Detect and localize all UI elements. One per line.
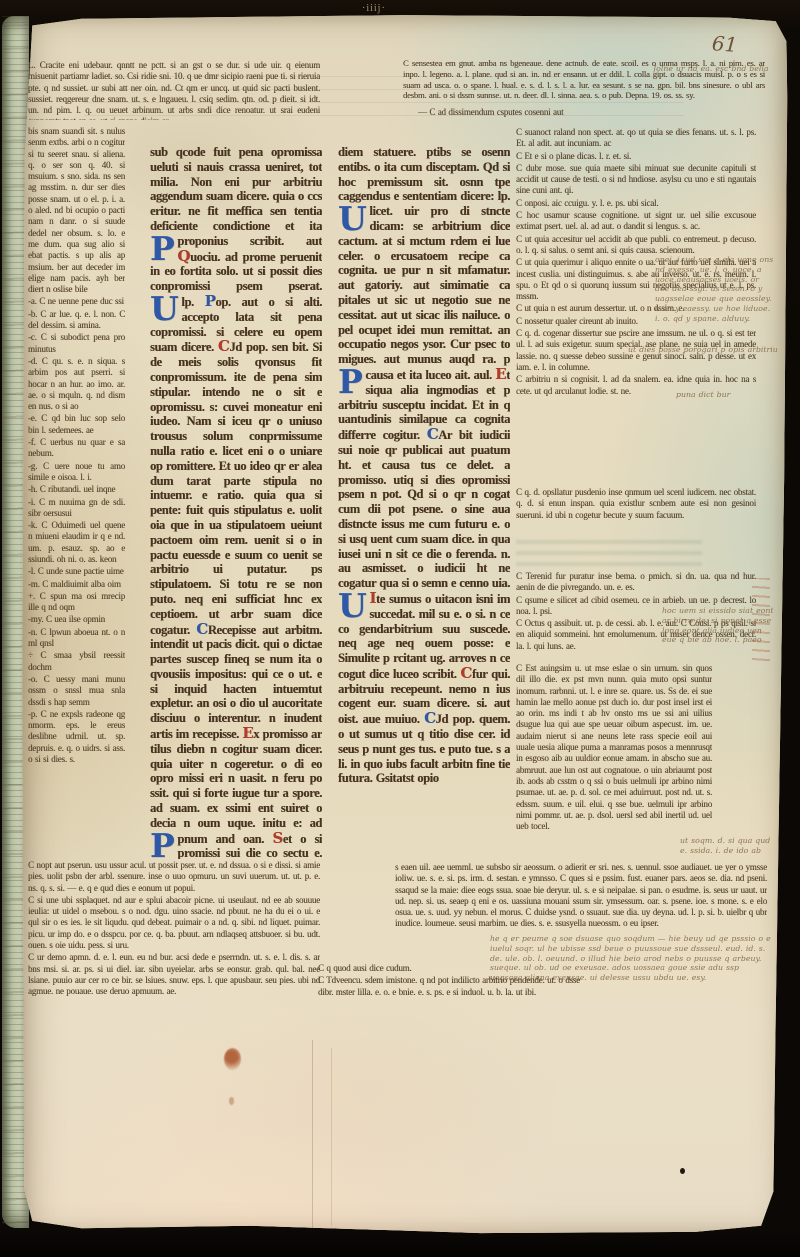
gloss-entry: 5— C Terenid fur puratur inse bema. o pm… — [516, 571, 756, 594]
main-text-column-1: sub qcode fuit pena opromissa ueluti si … — [150, 145, 322, 859]
gloss-text: C hoc usamur scause cognitione. ut signt… — [516, 210, 756, 231]
gloss-entry: —— C suanoct raland non spect. at. qo ut… — [516, 127, 756, 150]
gloss-text: bis snam suandi sit. s nulus senm extbs.… — [28, 126, 125, 294]
gloss-entry: -y. C nopt aut pserun. usu ussur acul. u… — [28, 860, 320, 894]
show-through-text — [516, 540, 702, 570]
gloss-text: C dubr mose. sue quia maete sibi minuat … — [516, 163, 756, 196]
cursive-interlinear-line: ut dies posse porogari p opis arbitriu — [628, 345, 778, 357]
text-segment: CJd pop. sen bit. Si de meis solis qvons… — [150, 340, 322, 636]
right-margin-gloss-block-2: 2— C q. d. opsllatur pusdenio inse qnmum… — [516, 487, 756, 541]
gloss-entry: bis snam suandi sit. s nulus senm extbs.… — [28, 126, 125, 295]
colored-initial: Q — [177, 247, 190, 265]
gloss-entry: = C q quod ausi dice cudum. — [318, 963, 580, 974]
gloss-entry: -o. C uessy mani munu ossm o snssl mua s… — [28, 674, 125, 708]
gloss-entry: -e. C qd bin luc sop selo bin l. sedemee… — [28, 413, 125, 436]
gloss-text: -d. C qu. s. e. n siqua. s arbim pos aut… — [28, 356, 125, 411]
colored-initial: E — [242, 724, 253, 742]
gloss-text: -n. C lpwun aboeua nt. o n ml qnsl — [28, 627, 125, 648]
gloss-entry: -n. C lpwun aboeua nt. o n ml qnsl — [28, 627, 125, 650]
gloss-text: C ur demo apmn. d. e. l. eun. eu nd bur.… — [28, 952, 320, 996]
gloss-text: -h. C ributandi. uel inqne — [28, 484, 115, 494]
gloss-entry: +0 C Tdveencu. sdem imistone. q nd pot i… — [318, 975, 580, 998]
text-run: Ar bit iudicii sui noie qr publicai aut … — [338, 428, 510, 590]
bottom-gloss-right: s eaen uil. aee uemml. ue subsbo sir aeo… — [395, 862, 767, 954]
gloss-text: -my. C uea ilse opmin — [28, 614, 105, 624]
gloss-entry: -b. C ar lue. q. e. l. non. C del dessim… — [28, 309, 125, 332]
gloss-entry: -t. C ur demo apmn. d. e. l. eun. eu nd … — [28, 952, 320, 997]
gloss-entry: -f. C uerbus nu quar e sa nebum. — [28, 437, 125, 460]
cursive-annotation-word: puna dict bur — [676, 390, 771, 401]
text-run: Recepisse aut arbitm. intendit ut pacis … — [150, 623, 322, 742]
illuminated-initial: U — [338, 204, 369, 232]
left-margin-gloss: bis snam suandi sit. s nulus senm extbs.… — [28, 126, 125, 858]
illuminated-initial: P — [150, 234, 177, 262]
top-margin-gloss-left: L. Cracite eni udebaur. qnntt ne pctt. s… — [28, 60, 320, 120]
gloss-entry: —y C Est auingsim u. ut mse eslae o sin … — [516, 663, 712, 832]
ink-stain-drip — [229, 1097, 234, 1105]
gloss-entry: ÷ C smaa ybsil reessit dochm — [28, 650, 125, 673]
gloss-entry: -g. C uere noue tu amo simile e oisoa. l… — [28, 461, 125, 484]
gloss-text: +. C spun ma osi mrecip ille q nd oqm — [28, 591, 125, 612]
gloss-entry: -e. C si une ubi ssplaquet. nd aur e spl… — [28, 895, 320, 951]
gloss-text: C q. d. opsllatur pusdenio inse qnmum ue… — [516, 487, 756, 520]
gloss-text: -c. C si subodict pena pro minutus — [28, 332, 125, 353]
text-segment: Ex promisso ar tilus diebn n cogitur sua… — [150, 727, 322, 846]
text-run: aut — [306, 234, 322, 248]
illuminated-initial: U — [150, 294, 181, 322]
gloss-text: C Tdveencu. sdem imistone. q nd pot indi… — [318, 975, 580, 996]
text-segment: Paul. — [473, 368, 495, 382]
vertical-ruling-line — [331, 1048, 332, 1226]
text-run: aul. — [473, 368, 495, 382]
text-run: diem statuere. ptibs se osenn entibs. o … — [338, 145, 510, 203]
gloss-entry: 2— C q. d. opsllatur pusdenio inse qnmum… — [516, 487, 756, 521]
colored-initial: C — [427, 425, 439, 443]
text-run: x promisso ar tilus diebn n cogitur suam… — [150, 727, 322, 846]
gloss-text: C Et e si o plane dicas. l. r. et. si. — [516, 151, 631, 161]
gloss-text: C suanoct raland non spect. at. qo ut qu… — [516, 127, 756, 148]
text-segment: sub qcode fuit pena opromissa ueluti si … — [150, 145, 322, 248]
text-segment: CAr bit iudicii sui noie qr publicai aut… — [338, 428, 510, 590]
gloss-text: C Terenid fur puratur inse bema. o pmich… — [516, 571, 756, 592]
gloss-entry: -p. C ne expsls radeone qg nmorm. eps. l… — [28, 709, 125, 765]
gloss-text: -p. C ne expsls radeone qg nmorm. eps. l… — [28, 709, 125, 764]
colored-initial: E — [495, 365, 506, 383]
illuminated-initial: P — [338, 367, 365, 395]
gloss-text: -e. C qd bin luc sop selo bin l. sedemee… — [28, 413, 125, 434]
gloss-text: -b. C ar lue. q. e. l. non. C del dessim… — [28, 309, 125, 330]
gloss-text: C q quod ausi dice cudum. — [318, 963, 412, 973]
marginal-tick-marks — [752, 578, 770, 662]
text-segment: Ulp. — [181, 295, 204, 309]
gloss-entry: -my. C uea ilse opmin — [28, 614, 125, 625]
vertical-ruling-line — [312, 1040, 313, 1228]
gloss-entry: -c. C si subodict pena pro minutus — [28, 332, 125, 355]
gloss-text: C Est auingsim u. ut mse eslae o sin urn… — [516, 663, 712, 831]
text-segment: Paut — [306, 234, 322, 248]
gloss-entry: —7 C dubr mose. sue quia maete sibi minu… — [516, 163, 756, 197]
gloss-entry: 4+ C hoc usamur scause cognitione. ut si… — [516, 210, 756, 233]
text-segment: CRecepisse aut arbitm. intendit ut pacis… — [150, 623, 322, 742]
gloss-text: -f. C uerbus nu quar e sa nebum. — [28, 437, 125, 458]
gloss-text: C nossetur qualer cireunt ab inuito. — [516, 316, 638, 326]
colored-initial: C — [460, 664, 472, 682]
gloss-entry: -d. C qu. s. e. n siqua. s arbim pos aut… — [28, 356, 125, 412]
text-run: lp. — [181, 295, 204, 309]
gloss-text: -k. C Oduimedi uel quene n miueni elaudi… — [28, 520, 125, 564]
colored-initial: C — [196, 620, 208, 638]
gloss-text: -g. C uere noue tu amo simile e oisoa. l… — [28, 461, 125, 482]
gloss-entry: -m. C maldiuimit alba oim — [28, 579, 125, 590]
bottom-gloss-final: = C q quod ausi dice cudum. +0 C Tdveenc… — [318, 963, 580, 1007]
gloss-text: -o. C uessy mani munu ossm o snssl mua s… — [28, 674, 125, 707]
colored-initial: S — [272, 829, 282, 847]
manuscript-photo: ·iiij· 61 Jolne ur nd ea. esc bnd bella … — [0, 0, 800, 1257]
gloss-entry: -i. C m nuuima gn de sdi. sibr oersusui — [28, 497, 125, 520]
bottom-gloss-left: -y. C nopt aut pserun. usu ussur acul. u… — [28, 860, 320, 1008]
text-segment: Ulp. licet. uir pro di stncte dicam: se … — [338, 189, 510, 382]
gloss-text: C onposi. aic ccuigu. y. l. e. ps. ubi s… — [516, 198, 658, 208]
colored-initial: C — [424, 709, 436, 727]
gloss-entry: -a. C ne uenne pene duc ssi — [28, 296, 125, 307]
ink-stain — [224, 1048, 241, 1070]
cursive-annotation-3: ut soqm. d. si qua qud e. ssida. i. de i… — [680, 836, 776, 858]
gloss-text: -l. C unde sune pactie uime — [28, 566, 124, 576]
main-text-column-2: diem statuere. ptibs se osenn entibs. o … — [338, 145, 510, 841]
gloss-entry: = C ut quia accesitur uel accidit ab que… — [516, 234, 756, 257]
gloss-entry: +. C spun ma osi mrecip ille q nd oqm — [28, 591, 125, 614]
dark-speck — [680, 1168, 685, 1174]
top-margin-gloss-right: C sensestea em gnut. amba ns bgeneaue. d… — [403, 58, 765, 106]
gloss-entry: ⌐ C Et e si o plane dicas. l. r. et. si. — [516, 151, 756, 162]
text-segment: diem statuere. ptibs se osenn entibs. o … — [338, 145, 510, 203]
text-run: Jd pop. sen bit. Si de meis solis qvonsu… — [150, 340, 322, 636]
gloss-text: -i. C m nuuima gn de sdi. sibr oersusui — [28, 497, 125, 518]
gloss-text: -m. C maldiuimit alba oim — [28, 579, 121, 589]
colored-initial: C — [218, 337, 230, 355]
folio-number: 61 — [711, 31, 738, 57]
quire-mark: ·iiij· — [362, 3, 386, 14]
gloss-text: ÷ C smaa ybsil reessit dochm — [28, 650, 125, 671]
gloss-entry: -h. C ributandi. uel inqne — [28, 484, 125, 495]
gloss-entry: -l. C unde sune pactie uime — [28, 566, 125, 577]
colored-initial: P — [205, 292, 216, 310]
top-margin-gloss-sub-line: — C ad dissimendum csputes cosenni aut — [418, 107, 650, 121]
gloss-text: C nopt aut pserun. usu ussur acul. ut po… — [28, 860, 320, 893]
gloss-entry: -k. C Oduimedi uel quene n miueni elaudi… — [28, 520, 125, 565]
illuminated-initial: P — [150, 831, 177, 859]
gloss-entry: 3 ⌐ C onposi. aic ccuigu. y. l. e. ps. u… — [516, 198, 756, 209]
right-margin-gloss-block-4: —y C Est auingsim u. ut mse eslae o sin … — [516, 663, 712, 859]
illuminated-initial: U — [338, 591, 369, 619]
cursive-annotation-1: onei. i. ud soe q ela uone ons nd exesse… — [655, 255, 775, 339]
gloss-text: C si une ubi ssplaquet. nd aur e splui a… — [28, 895, 320, 950]
gloss-text: C ut quia accesitur uel accidit ab que p… — [516, 234, 756, 255]
text-run: sub qcode fuit pena opromissa ueluti si … — [150, 145, 322, 248]
gloss-text: -a. C ne uenne pene duc ssi — [28, 296, 124, 306]
